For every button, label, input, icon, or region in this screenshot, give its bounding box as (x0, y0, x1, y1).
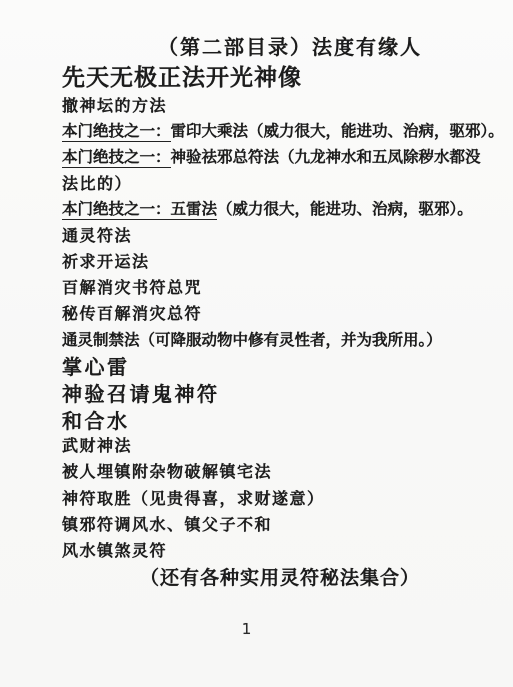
line-text: 百解消灾书符总咒 (62, 278, 202, 297)
toc-line: 掌心雷 (62, 357, 505, 379)
table-of-contents: 先天无极正法开光神像撤神坛的方法本门绝技之一：雷印大乘法（威力很大，能进功、治病… (62, 66, 505, 589)
toc-line: 秘传百解消灾总符 (62, 305, 505, 322)
line-text: 祈求开运法 (62, 252, 150, 271)
line-text: 风水镇煞灵符 (62, 541, 167, 560)
toc-line: 先天无极正法开光神像 (62, 66, 505, 91)
toc-line: 本门绝技之一：神验祛邪总符法（九龙神水和五凤除秽水都没 (62, 149, 505, 166)
toc-line: 通灵符法 (62, 227, 505, 244)
line-text: 和合水 (62, 409, 130, 433)
toc-line: 风水镇煞灵符 (62, 542, 505, 559)
line-text: 神验召请鬼神符 (62, 382, 220, 406)
underlined-label: 本门绝技之一：五雷法 (62, 200, 217, 220)
line-text: 被人埋镇附杂物破解镇宅法 (62, 462, 272, 481)
line-text: 撤神坛的方法 (62, 96, 167, 115)
toc-line: 神验召请鬼神符 (62, 384, 505, 406)
toc-line: 武财神法 (62, 437, 505, 454)
line-text: （还有各种实用灵符秘法集合） (140, 567, 420, 589)
page-title: （第二部目录）法度有缘人 (158, 36, 505, 58)
line-text: 法比的） (62, 174, 132, 193)
toc-line: 撤神坛的方法 (62, 97, 505, 114)
line-text: （威力很大，能进功、治病，驱邪）。 (217, 200, 473, 218)
line-text: 武财神法 (62, 436, 132, 455)
page-number: 1 (0, 620, 493, 638)
toc-line: 本门绝技之一：五雷法（威力很大，能进功、治病，驱邪）。 (62, 201, 505, 218)
line-text: 先天无极正法开光神像 (62, 65, 302, 91)
line-text: 神验祛邪总符法（九龙神水和五凤除秽水都没 (171, 148, 481, 166)
line-text: 掌心雷 (62, 355, 130, 379)
line-text: 秘传百解消灾总符 (62, 304, 202, 323)
toc-line: 和合水 (62, 411, 505, 433)
toc-line: 神符取胜（见贵得喜，求财遂意） (62, 490, 505, 507)
toc-line: 祈求开运法 (62, 253, 505, 270)
underlined-label: 本门绝技之一： (62, 122, 171, 142)
line-text: 通灵符法 (62, 226, 132, 245)
line-text: 神符取胜（见贵得喜，求财遂意） (62, 489, 325, 508)
line-text: 通灵制禁法（可降服动物中修有灵性者，并为我所用。） (62, 331, 442, 349)
toc-line: （还有各种实用灵符秘法集合） (140, 568, 505, 589)
toc-line: 通灵制禁法（可降服动物中修有灵性者，并为我所用。） (62, 332, 505, 349)
toc-line: 镇邪符调风水、镇父子不和 (62, 516, 505, 533)
scanned-document-page: （第二部目录）法度有缘人 先天无极正法开光神像撤神坛的方法本门绝技之一：雷印大乘… (0, 0, 513, 687)
line-text: 镇邪符调风水、镇父子不和 (62, 515, 272, 534)
toc-line: 百解消灾书符总咒 (62, 279, 505, 296)
toc-line: 法比的） (62, 175, 505, 192)
line-text: 雷印大乘法（威力很大，能进功、治病，驱邪）。 (171, 122, 504, 140)
toc-line: 本门绝技之一：雷印大乘法（威力很大，能进功、治病，驱邪）。 (62, 123, 505, 140)
underlined-label: 本门绝技之一： (62, 148, 171, 168)
toc-line: 被人埋镇附杂物破解镇宅法 (62, 463, 505, 480)
